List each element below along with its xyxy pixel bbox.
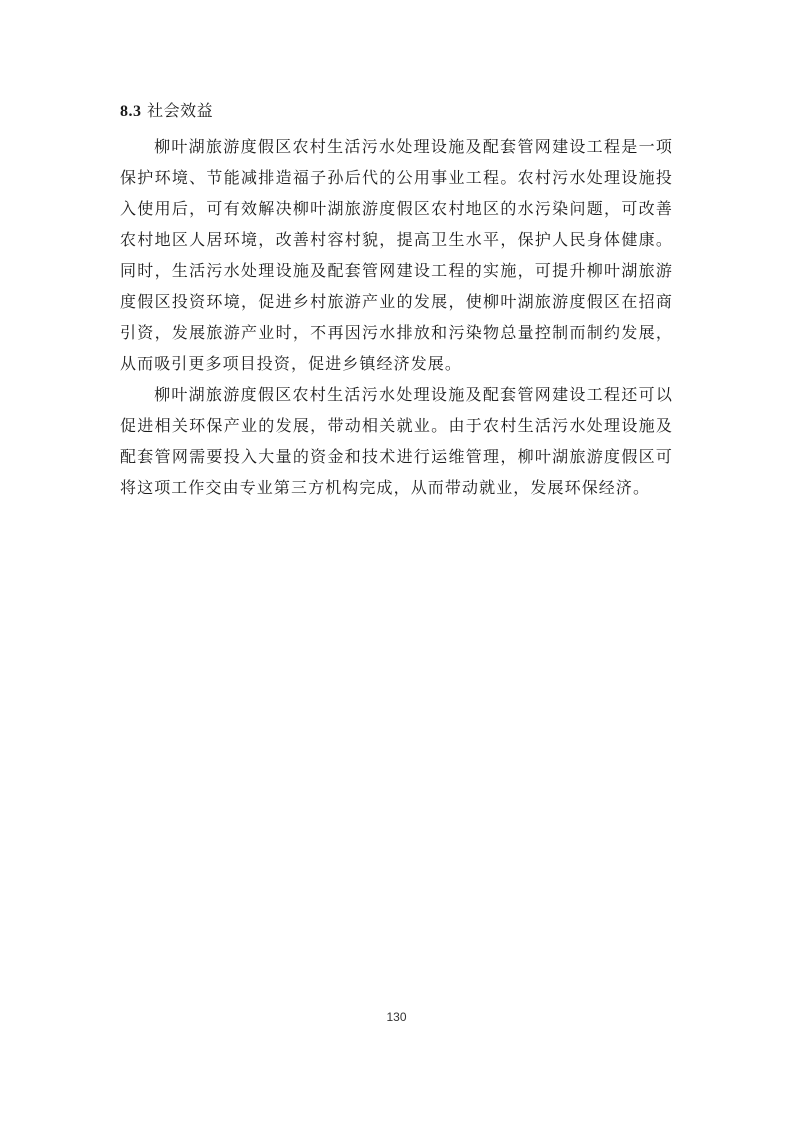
section-title: 社会效益 [147,101,213,120]
paragraph-social-benefits: 柳叶湖旅游度假区农村生活污水处理设施及配套管网建设工程是一项保护环境、节能减排造… [120,131,673,379]
section-heading: 8.3 社会效益 [120,100,673,122]
document-page: 8.3 社会效益 柳叶湖旅游度假区农村生活污水处理设施及配套管网建设工程是一项保… [120,100,673,503]
page-number: 130 [0,1010,793,1024]
paragraph-employment: 柳叶湖旅游度假区农村生活污水处理设施及配套管网建设工程还可以促进相关环保产业的发… [120,379,673,503]
section-number: 8.3 [120,103,142,120]
